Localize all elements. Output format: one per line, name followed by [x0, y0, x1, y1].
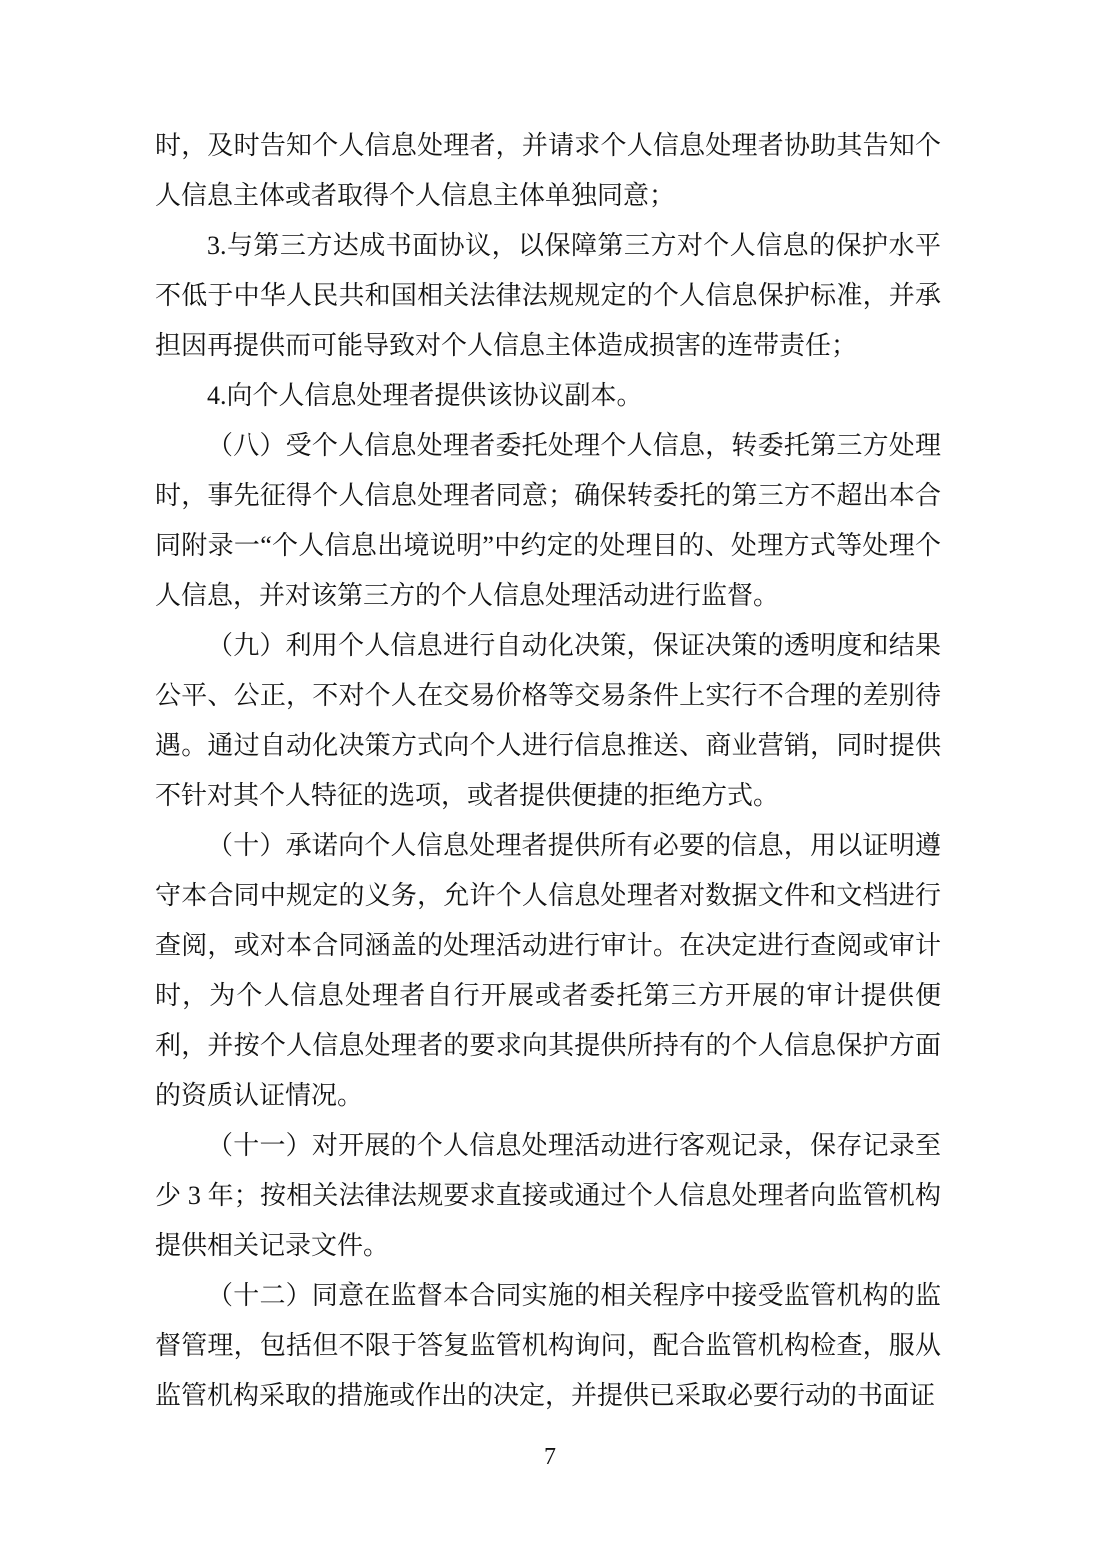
paragraph: 3.与第三方达成书面协议，以保障第三方对个人信息的保护水平不低于中华人民共和国相…: [155, 221, 941, 371]
document-body: 时，及时告知个人信息处理者，并请求个人信息处理者协助其告知个人信息主体或者取得个…: [155, 121, 941, 1421]
page-number: 7: [544, 1444, 556, 1470]
page-footer: 7: [0, 1441, 1100, 1473]
paragraph: （八）受个人信息处理者委托处理个人信息，转委托第三方处理时，事先征得个人信息处理…: [155, 421, 941, 621]
paragraph: （十）承诺向个人信息处理者提供所有必要的信息，用以证明遵守本合同中规定的义务，允…: [155, 821, 941, 1121]
paragraph: （十一）对开展的个人信息处理活动进行客观记录，保存记录至少 3 年；按相关法律法…: [155, 1121, 941, 1271]
document-page: 时，及时告知个人信息处理者，并请求个人信息处理者协助其告知个人信息主体或者取得个…: [0, 0, 1100, 1556]
paragraph: （十二）同意在监督本合同实施的相关程序中接受监管机构的监督管理，包括但不限于答复…: [155, 1271, 941, 1421]
paragraph: 时，及时告知个人信息处理者，并请求个人信息处理者协助其告知个人信息主体或者取得个…: [155, 121, 941, 221]
paragraph: 4.向个人信息处理者提供该协议副本。: [155, 371, 941, 421]
paragraph: （九）利用个人信息进行自动化决策，保证决策的透明度和结果公平、公正，不对个人在交…: [155, 621, 941, 821]
